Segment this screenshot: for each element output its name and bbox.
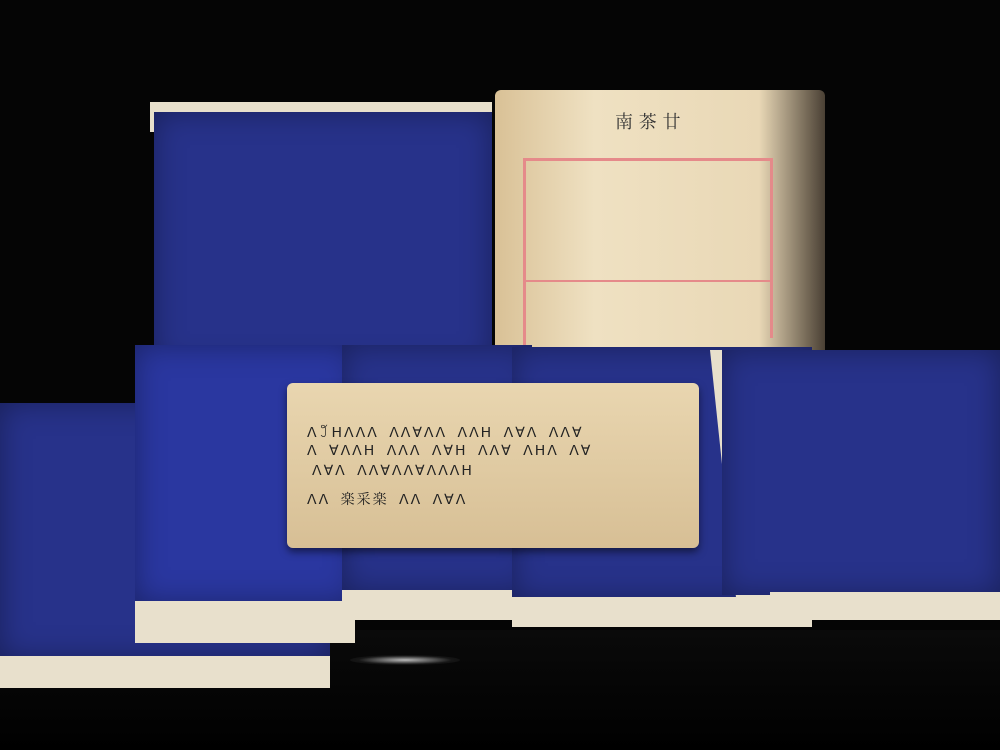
palm-leaf-manuscript: ꓥ꒸ꓧꓥꓥꓥ ꓥꓥꓯꓥꓥ ꓥꓥꓧ ꓥꓯꓥ ꓥꓥꓯ ꓥ ꓯꓥꓥꓧ ꓥꓥꓥ ꓥꓯꓧ … — [287, 383, 699, 548]
manuscript-title: 南 茶 廿 — [615, 108, 680, 134]
manuscript-line-4: ꓥꓥ 楽采楽 ꓥꓥ ꓥꓯꓥ — [307, 489, 467, 509]
blue-book-back-left — [150, 102, 492, 367]
manuscript-line-3: ꓥꓯꓥ ꓥꓥꓯꓥꓥꓯꓥꓥꓥꓧ — [312, 463, 474, 479]
blue-book-right — [710, 350, 1000, 620]
manuscript-line-1: ꓥ꒸ꓧꓥꓥꓥ ꓥꓥꓯꓥꓥ ꓥꓥꓧ ꓥꓯꓥ ꓥꓥꓯ — [307, 423, 584, 441]
shelf-reflection — [350, 655, 460, 665]
manuscript-line-2: ꓥ ꓯꓥꓥꓧ ꓥꓥꓥ ꓥꓯꓧ ꓥꓥꓯ ꓥꓧꓥ ꓥꓯ — [307, 443, 592, 459]
manuscript-upright-red-grid: 南 茶 廿 — [495, 90, 825, 370]
photo-scene: 南 茶 廿 ꓥ꒸ꓧꓥꓥꓥ ꓥꓥꓯꓥꓥ ꓥꓥꓧ ꓥꓯꓥ ꓥꓥꓯ ꓥ ꓯꓥꓥꓧ ꓥꓥ… — [0, 0, 1000, 750]
